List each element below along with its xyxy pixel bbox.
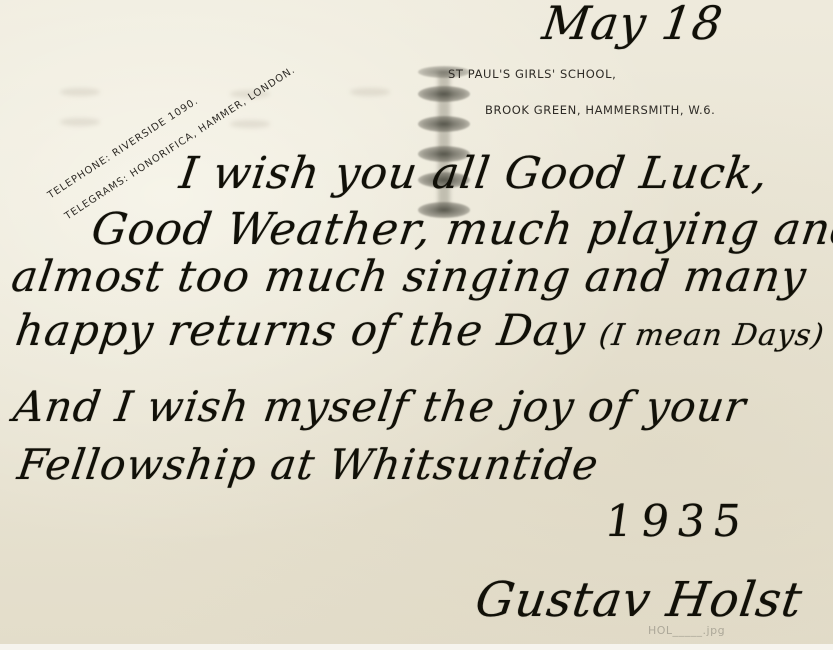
paper-stain xyxy=(230,120,270,128)
letter-line-6: Fellowship at Whitsuntide xyxy=(15,440,602,489)
letter-year: 1935 xyxy=(601,496,752,547)
letter-date: May 18 xyxy=(539,0,726,50)
paper-stain xyxy=(60,88,100,96)
paper-stain xyxy=(60,118,100,126)
signature: Gustav Holst xyxy=(472,572,806,628)
letterhead-address: BROOK GREEN, HAMMERSMITH, W.6. xyxy=(485,103,715,117)
letter-aside: (I mean Days) xyxy=(597,318,827,353)
paper-bottom-edge xyxy=(0,644,833,650)
letter-line-2: Good Weather, much playing and xyxy=(88,204,833,255)
filename-watermark: HOL_____.jpg xyxy=(648,624,725,637)
letter-line-1: I wish you all Good Luck, xyxy=(176,148,771,199)
letterhead-school-name: ST PAUL'S GIRLS' SCHOOL, xyxy=(448,67,616,81)
letter-line-4-text: happy returns of the Day xyxy=(12,306,588,356)
paper-stain xyxy=(350,88,390,96)
letter-line-3: almost too much singing and many xyxy=(8,252,809,302)
letter-line-5: And I wish myself the joy of your xyxy=(11,382,750,431)
letter-line-4: happy returns of the Day (I mean Days) xyxy=(12,306,828,356)
